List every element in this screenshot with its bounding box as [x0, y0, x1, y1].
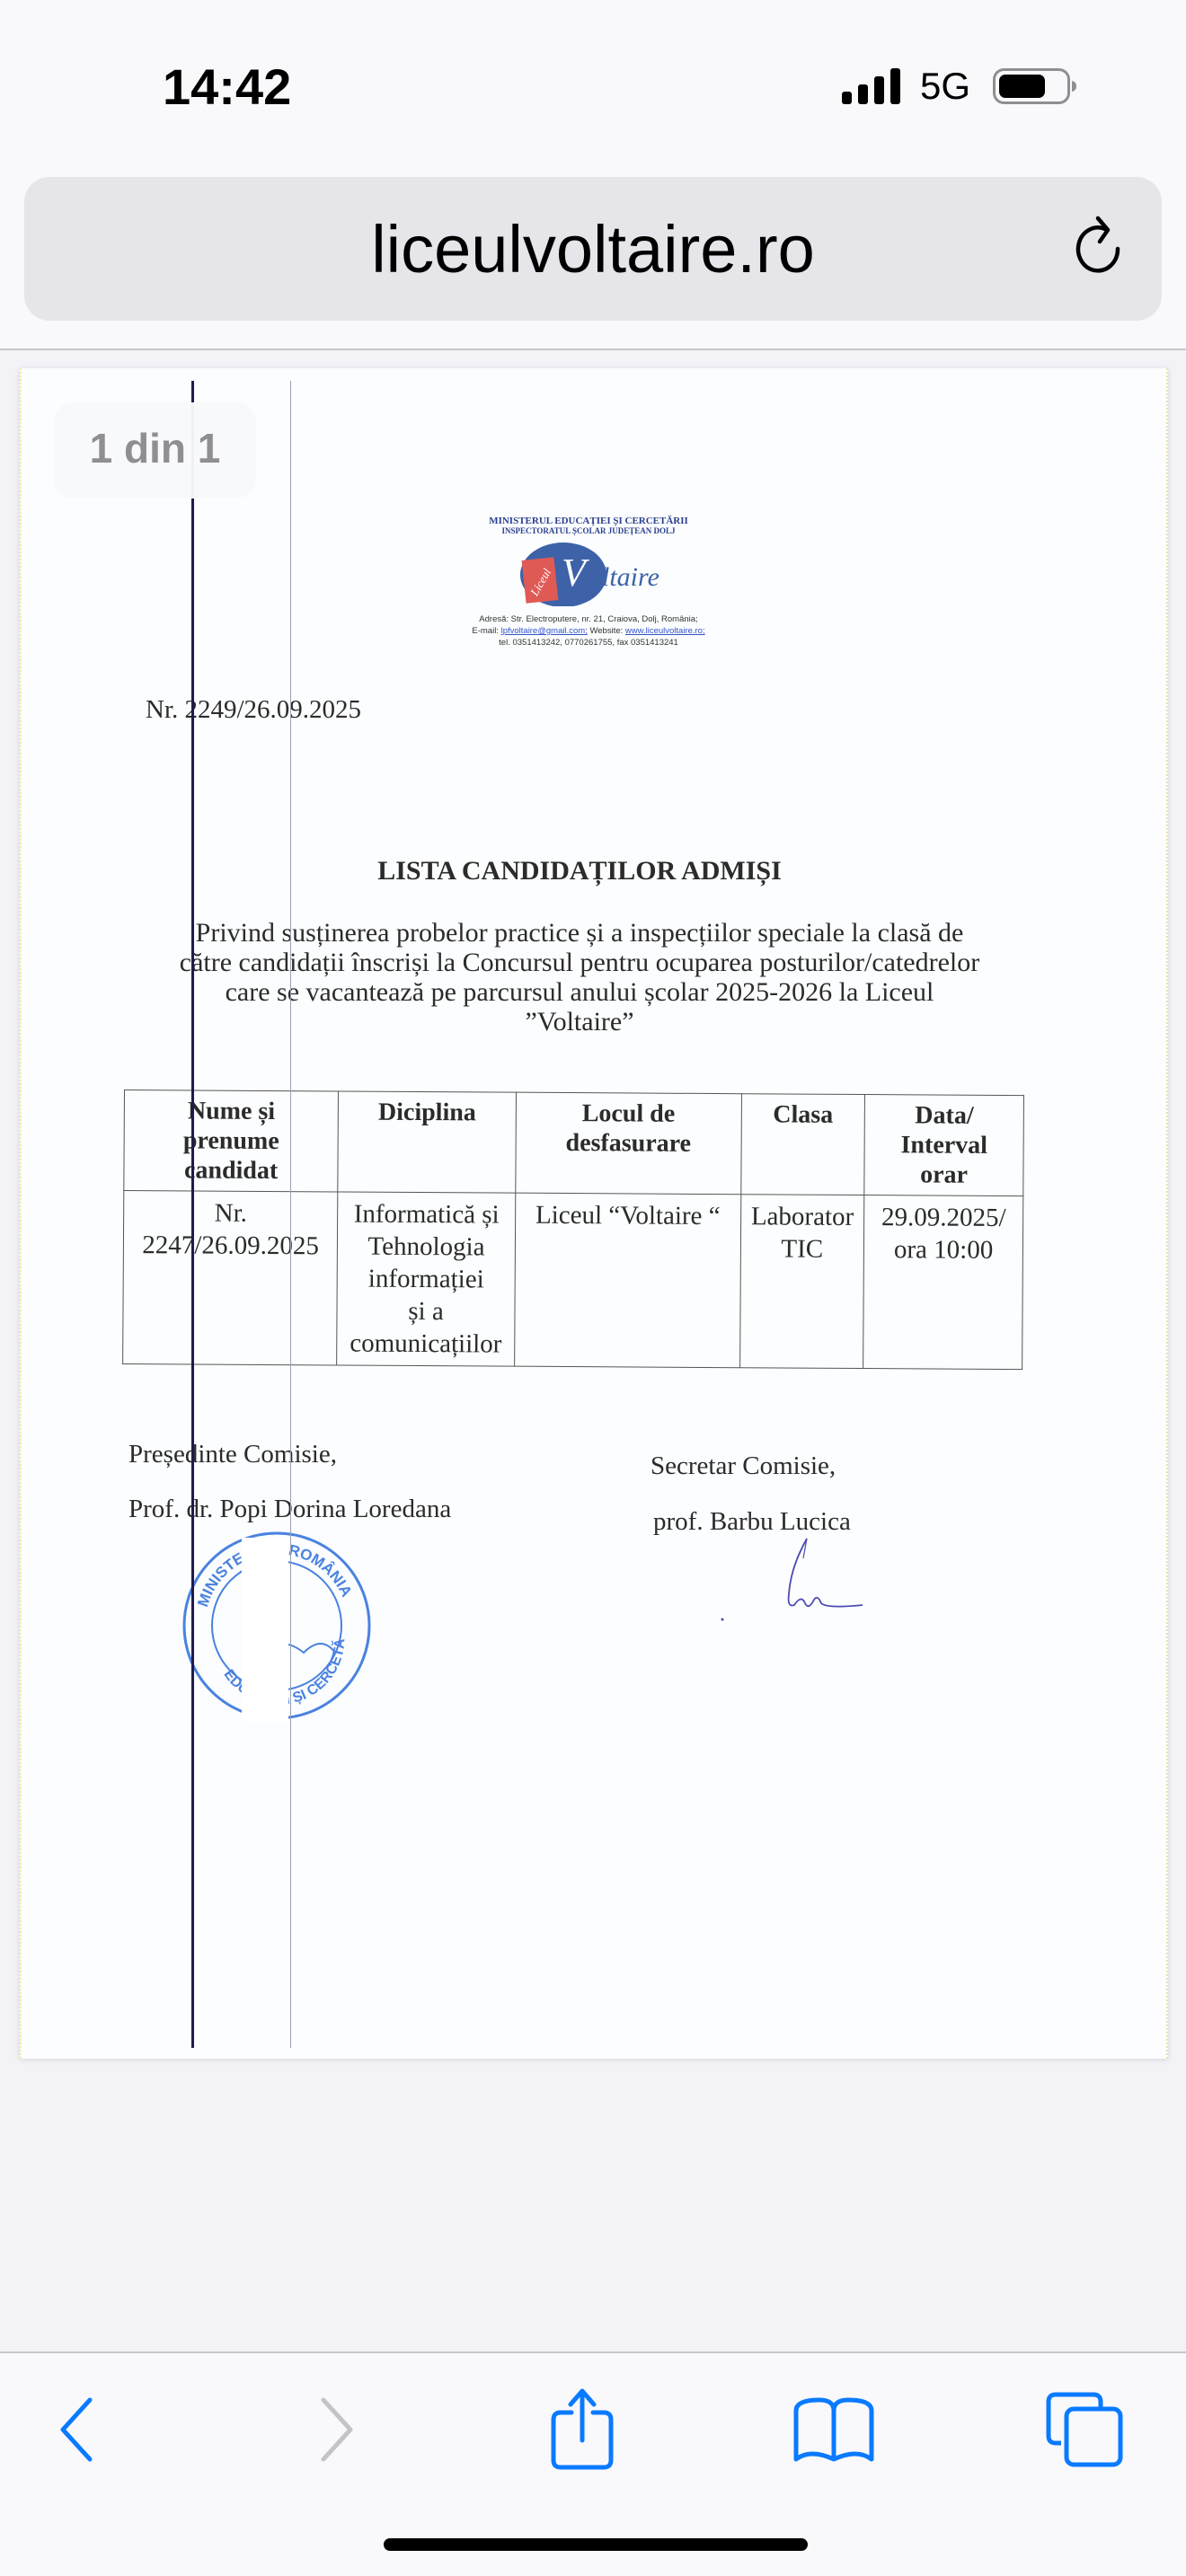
col-class: Clasa: [740, 1094, 865, 1195]
col-date-time: Data/ Interval orar: [864, 1095, 1023, 1196]
page-indicator: 1 din 1: [54, 402, 256, 498]
chevron-right-icon: [317, 2396, 357, 2463]
address-bar[interactable]: liceulvoltaire.ro: [24, 177, 1162, 321]
cell-discipline: Informatică și Tehnologia informației și…: [337, 1192, 516, 1366]
document-subtitle: Privind susținerea probelor practice și …: [171, 918, 988, 1037]
col-discipline: Diciplina: [338, 1091, 516, 1193]
inspectorate-name: INSPECTORATUL ȘCOLAR JUDEȚEAN DOLJ: [467, 526, 710, 536]
network-type: 5G: [920, 65, 970, 108]
president-label: Președinte Comisie,: [128, 1440, 337, 1469]
back-button[interactable]: [27, 2380, 126, 2479]
chevron-left-icon: [57, 2396, 96, 2463]
browser-header: 14:42 5G liceulvoltaire.ro: [0, 0, 1186, 350]
email-link[interactable]: lpfvoltaire@gmail.com;: [501, 626, 588, 636]
cell-date: 29.09.2025/ ora 10:00: [863, 1195, 1023, 1370]
cell-candidate: Nr. 2247/26.09.2025: [123, 1191, 339, 1365]
address-line: Adresă: Str. Electroputere, nr. 21, Crai…: [449, 613, 728, 625]
svg-text:ROMÂNIA: ROMÂNIA: [288, 1541, 356, 1600]
tabs-icon: [1045, 2391, 1124, 2468]
battery-icon: [993, 68, 1077, 104]
secretary-label: Secretar Comisie,: [651, 1451, 836, 1481]
scan-line-dark: [191, 381, 194, 2048]
contact-line: E-mail: lpfvoltaire@gmail.com; Website: …: [449, 625, 728, 637]
website-link[interactable]: www.liceulvoltaire.ro;: [625, 626, 705, 636]
status-time: 14:42: [163, 57, 291, 116]
candidates-table: Nume și prenume candidat Diciplina Locul…: [122, 1090, 1024, 1370]
page-indicator-text: 1 din 1: [54, 424, 256, 472]
table-row: Nr. 2247/26.09.2025 Informatică și Tehno…: [123, 1191, 1023, 1370]
document-title: LISTA CANDIDAȚILOR ADMIȘI: [0, 856, 1159, 887]
share-icon: [550, 2388, 615, 2471]
cell-class: Laborator TIC: [739, 1195, 864, 1369]
reload-icon[interactable]: [1071, 215, 1130, 281]
letterhead-ministry: MINISTERUL EDUCAȚIEI ȘI CERCETĂRII INSPE…: [467, 516, 710, 536]
tabs-button[interactable]: [1035, 2380, 1134, 2479]
secretary-signature: [719, 1531, 881, 1630]
col-candidate-name: Nume și prenume candidat: [124, 1090, 339, 1192]
stamp-redaction: [242, 1538, 288, 1722]
ministry-name: MINISTERUL EDUCAȚIEI ȘI CERCETĂRII: [467, 516, 710, 526]
share-button[interactable]: [533, 2380, 632, 2479]
url-text[interactable]: liceulvoltaire.ro: [24, 211, 1162, 287]
bookmarks-button[interactable]: [784, 2380, 883, 2479]
phone-line: tel. 0351413242, 0770261755, fax 0351413…: [449, 637, 728, 648]
scan-line-light: [290, 381, 291, 2048]
col-location: Locul de desfasurare: [516, 1092, 741, 1195]
letterhead-address: Adresă: Str. Electroputere, nr. 21, Crai…: [449, 613, 728, 648]
cellular-signal-icon: [842, 68, 901, 104]
cell-location: Liceul “Voltaire “: [514, 1193, 740, 1368]
logo-oltaire: oltaire: [589, 562, 659, 592]
book-icon: [792, 2396, 875, 2463]
school-logo: Liceul V oltaire: [499, 539, 678, 606]
table-header-row: Nume și prenume candidat Diciplina Locul…: [124, 1090, 1024, 1196]
forward-button[interactable]: [288, 2380, 386, 2479]
registration-number: Nr. 2249/26.09.2025: [146, 695, 361, 725]
home-indicator[interactable]: [384, 2538, 808, 2551]
